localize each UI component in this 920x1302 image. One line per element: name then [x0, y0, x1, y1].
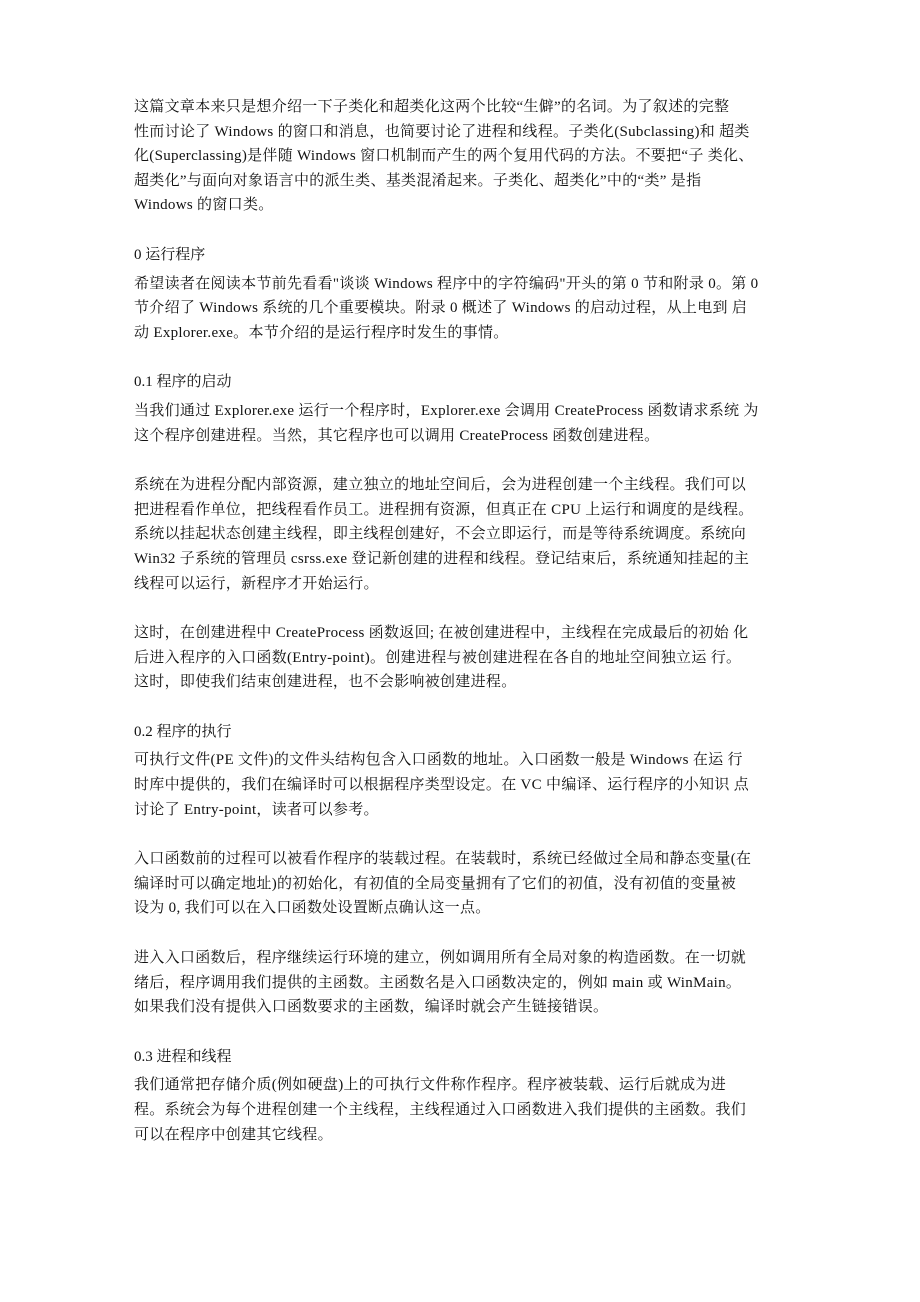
- text-line: 线程可以运行，新程序才开始运行。: [134, 572, 794, 597]
- text-line: 后进入程序的入口函数(Entry-point)。创建进程与被创建进程在各自的地址…: [134, 646, 794, 671]
- paragraph: 当我们通过 Explorer.exe 运行一个程序时，Explorer.exe …: [134, 399, 794, 448]
- text-line: Windows 的窗口类。: [134, 193, 794, 218]
- text-line: 可以在程序中创建其它线程。: [134, 1123, 794, 1148]
- paragraph: 我们通常把存储介质(例如硬盘)上的可执行文件称作程序。程序被装载、运行后就成为进…: [134, 1073, 794, 1147]
- text-line: 这篇文章本来只是想介绍一下子类化和超类化这两个比较“生僻”的名词。为了叙述的完整: [134, 95, 794, 120]
- text-line: 如果我们没有提供入口函数要求的主函数，编译时就会产生链接错误。: [134, 995, 794, 1020]
- section-heading: 0.2 程序的执行: [134, 720, 794, 745]
- paragraph: 这时，在创建进程中 CreateProcess 函数返回; 在被创建进程中，主线…: [134, 621, 794, 695]
- text-line: Win32 子系统的管理员 csrss.exe 登记新创建的进程和线程。登记结束…: [134, 547, 794, 572]
- text-line: 我们通常把存储介质(例如硬盘)上的可执行文件称作程序。程序被装载、运行后就成为进: [134, 1073, 794, 1098]
- intro-paragraph: 这篇文章本来只是想介绍一下子类化和超类化这两个比较“生僻”的名词。为了叙述的完整…: [134, 95, 794, 218]
- paragraph: 希望读者在阅读本节前先看看"谈谈 Windows 程序中的字符编码"开头的第 0…: [134, 272, 794, 346]
- text-line: 这个程序创建进程。当然，其它程序也可以调用 CreateProcess 函数创建…: [134, 424, 794, 449]
- text-line: 编译时可以确定地址)的初始化，有初值的全局变量拥有了它们的初值，没有初值的变量被: [134, 872, 794, 897]
- text-line: 程。系统会为每个进程创建一个主线程，主线程通过入口函数进入我们提供的主函数。我们: [134, 1098, 794, 1123]
- document-page: 这篇文章本来只是想介绍一下子类化和超类化这两个比较“生僻”的名词。为了叙述的完整…: [134, 95, 794, 1147]
- paragraph: 系统在为进程分配内部资源，建立独立的地址空间后，会为进程创建一个主线程。我们可以…: [134, 473, 794, 596]
- text-line: 化(Superclassing)是伴随 Windows 窗口机制而产生的两个复用…: [134, 144, 794, 169]
- text-line: 希望读者在阅读本节前先看看"谈谈 Windows 程序中的字符编码"开头的第 0…: [134, 272, 794, 297]
- paragraph: 可执行文件(PE 文件)的文件头结构包含入口函数的地址。入口函数一般是 Wind…: [134, 748, 794, 822]
- text-line: 把进程看作单位，把线程看作员工。进程拥有资源，但真正在 CPU 上运行和调度的是…: [134, 498, 794, 523]
- text-line: 这时，即使我们结束创建进程，也不会影响被创建进程。: [134, 670, 794, 695]
- paragraph: 进入入口函数后，程序继续运行环境的建立，例如调用所有全局对象的构造函数。在一切就…: [134, 946, 794, 1020]
- text-line: 入口函数前的过程可以被看作程序的装载过程。在装载时，系统已经做过全局和静态变量(…: [134, 847, 794, 872]
- section-heading: 0 运行程序: [134, 243, 794, 268]
- text-line: 时库中提供的，我们在编译时可以根据程序类型设定。在 VC 中编译、运行程序的小知…: [134, 773, 794, 798]
- text-line: 讨论了 Entry-point，读者可以参考。: [134, 798, 794, 823]
- paragraph: 入口函数前的过程可以被看作程序的装载过程。在装载时，系统已经做过全局和静态变量(…: [134, 847, 794, 921]
- text-line: 进入入口函数后，程序继续运行环境的建立，例如调用所有全局对象的构造函数。在一切就: [134, 946, 794, 971]
- text-line: 可执行文件(PE 文件)的文件头结构包含入口函数的地址。入口函数一般是 Wind…: [134, 748, 794, 773]
- text-line: 这时，在创建进程中 CreateProcess 函数返回; 在被创建进程中，主线…: [134, 621, 794, 646]
- section-heading: 0.3 进程和线程: [134, 1045, 794, 1070]
- text-line: 当我们通过 Explorer.exe 运行一个程序时，Explorer.exe …: [134, 399, 794, 424]
- text-line: 系统在为进程分配内部资源，建立独立的地址空间后，会为进程创建一个主线程。我们可以: [134, 473, 794, 498]
- text-line: 超类化”与面向对象语言中的派生类、基类混淆起来。子类化、超类化”中的“类” 是指: [134, 169, 794, 194]
- text-line: 绪后，程序调用我们提供的主函数。主函数名是入口函数决定的，例如 main 或 W…: [134, 971, 794, 996]
- section-heading: 0.1 程序的启动: [134, 370, 794, 395]
- text-line: 性而讨论了 Windows 的窗口和消息，也简要讨论了进程和线程。子类化(Sub…: [134, 120, 794, 145]
- text-line: 动 Explorer.exe。本节介绍的是运行程序时发生的事情。: [134, 321, 794, 346]
- text-line: 设为 0, 我们可以在入口函数处设置断点确认这一点。: [134, 896, 794, 921]
- text-line: 系统以挂起状态创建主线程，即主线程创建好，不会立即运行，而是等待系统调度。系统向: [134, 522, 794, 547]
- text-line: 节介绍了 Windows 系统的几个重要模块。附录 0 概述了 Windows …: [134, 296, 794, 321]
